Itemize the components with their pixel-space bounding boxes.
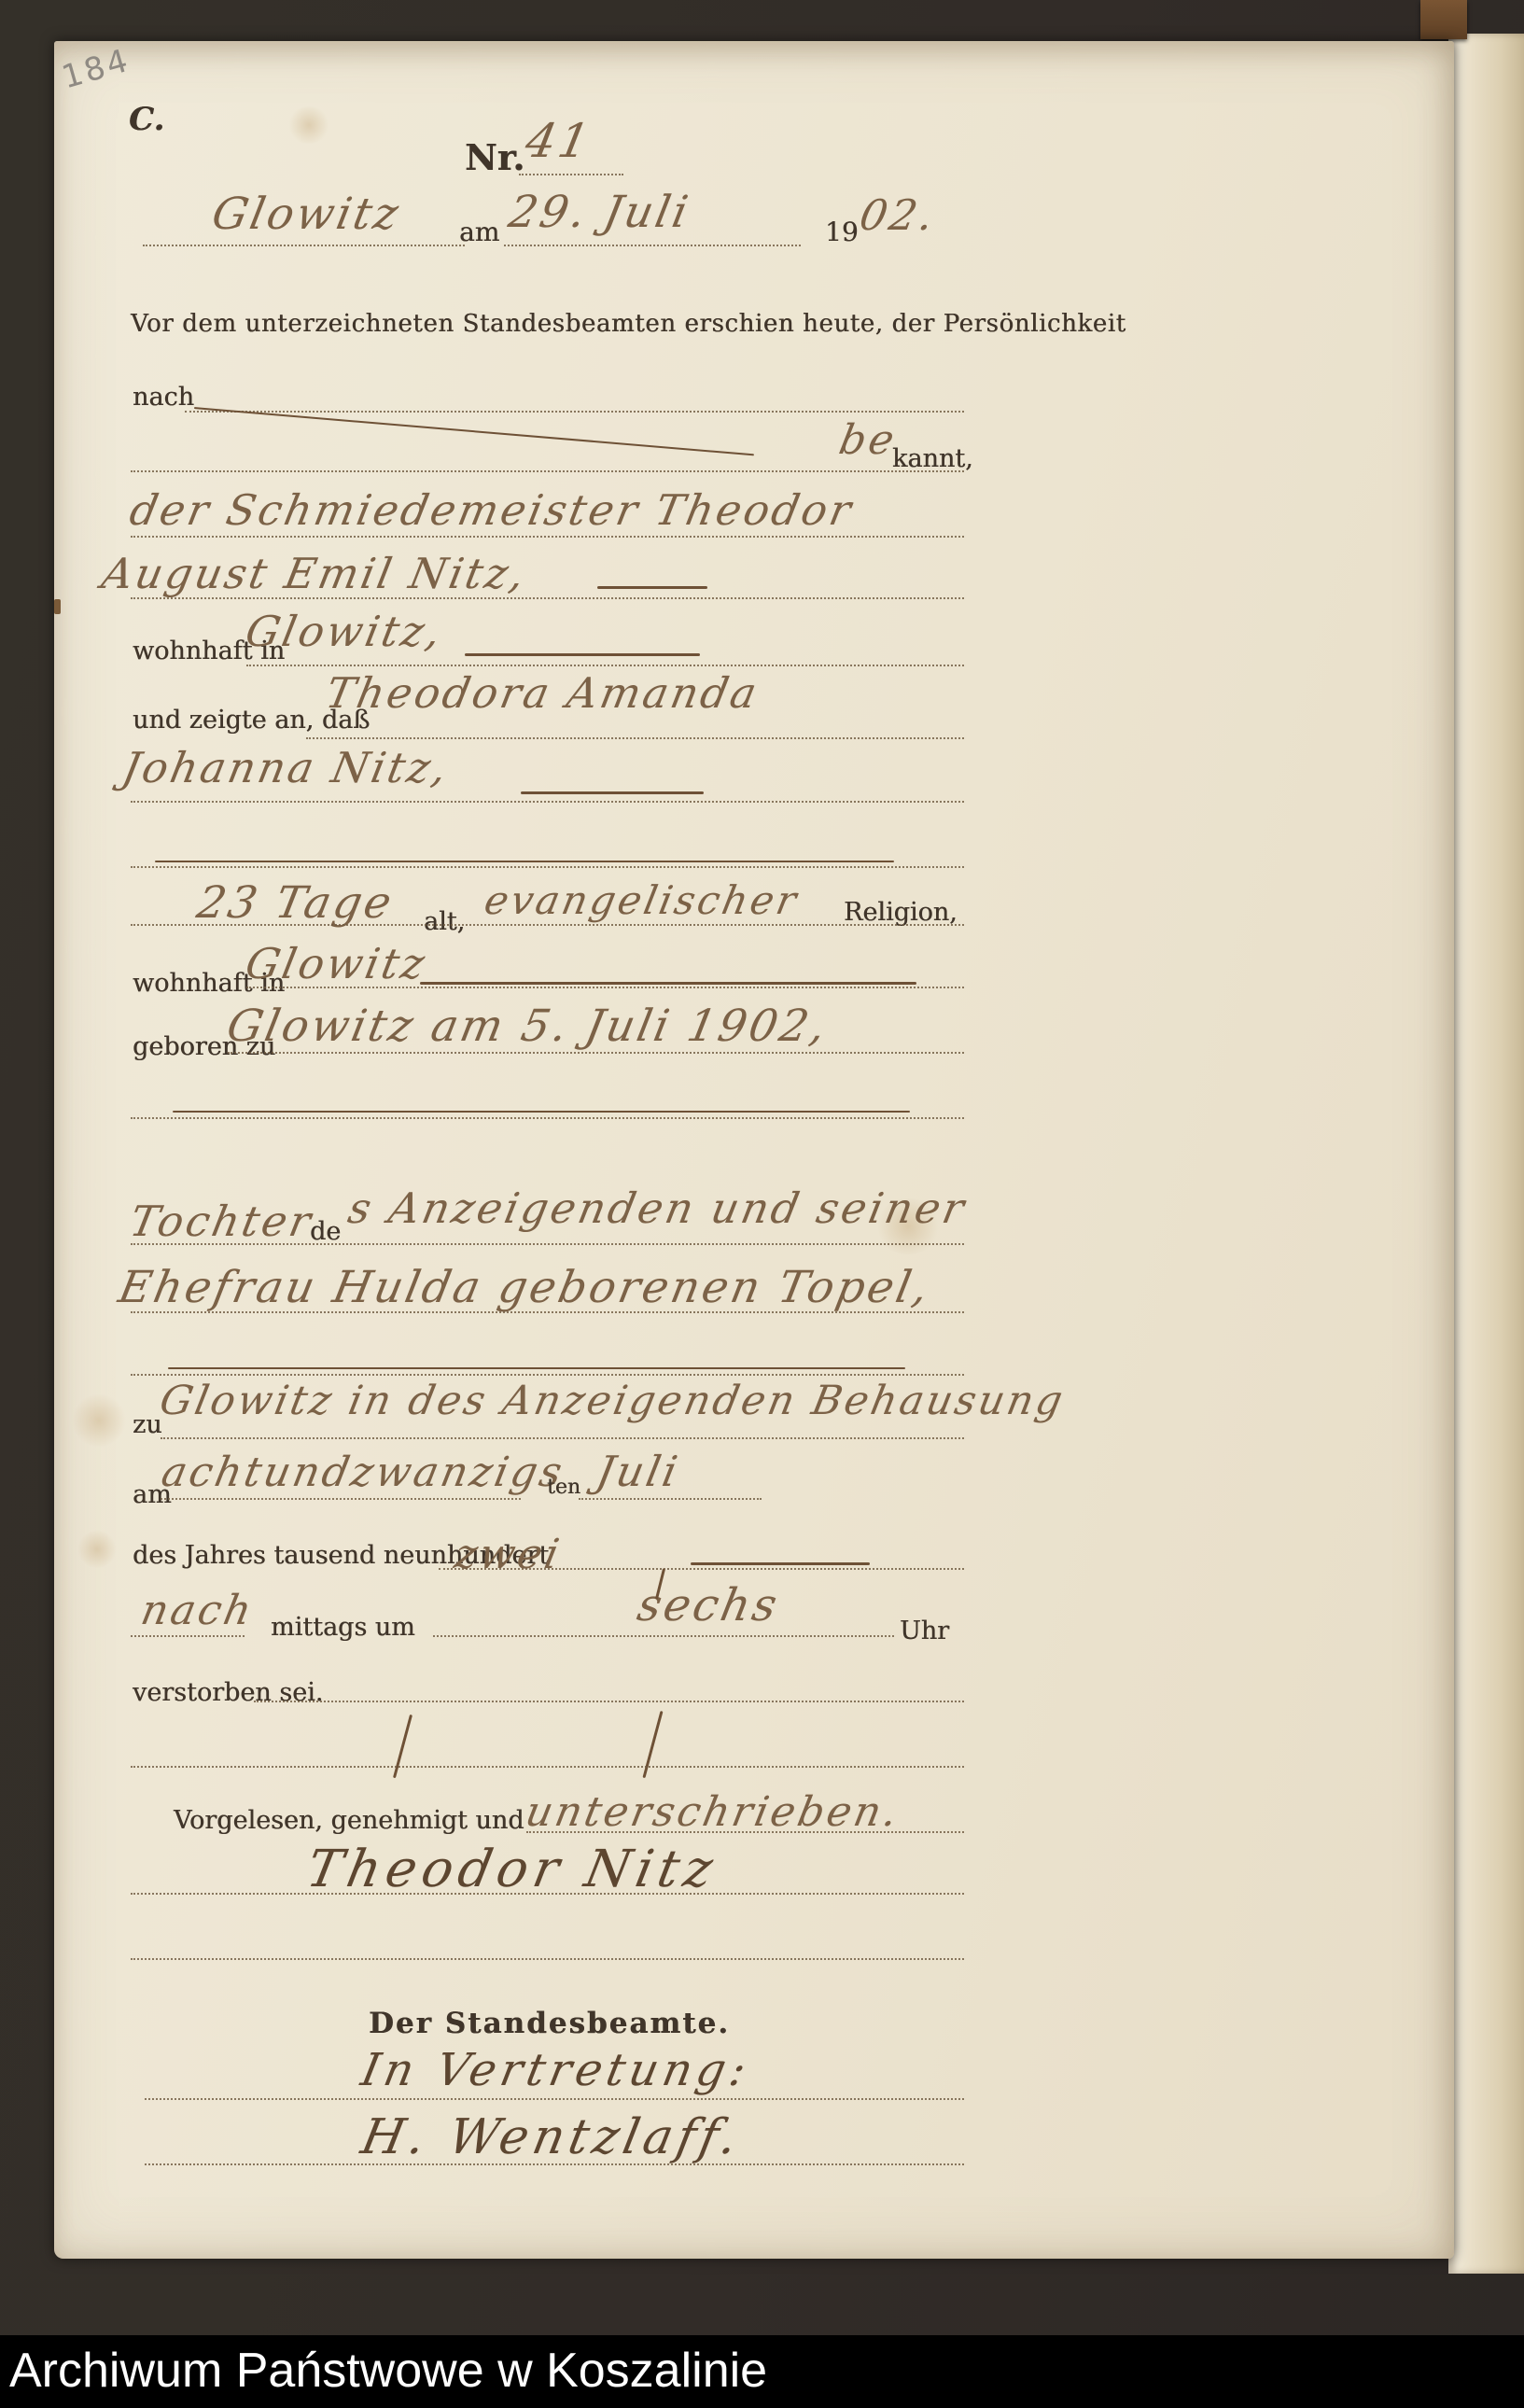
archive-bar-label: Archiwum Państwowe w Koszalinie	[9, 2343, 767, 2399]
hour-script: sechs	[634, 1579, 784, 1631]
dateline-day-month: 29. Juli	[505, 187, 695, 238]
dotted-rule	[504, 245, 801, 246]
slash-mark	[393, 1715, 412, 1778]
vorgelesen-label: Vorgelesen, genehmigt und	[174, 1806, 524, 1835]
dotted-rule	[161, 1498, 521, 1500]
religion-label: Religion,	[844, 898, 958, 927]
be-script: be	[835, 416, 901, 464]
mother-script: Ehefrau Hulda geborenen Topel,	[115, 1262, 935, 1313]
dotted-rule	[228, 1052, 964, 1054]
nach-label: nach	[133, 383, 194, 412]
page-edge-tear	[54, 599, 61, 614]
dotted-rule	[131, 536, 964, 538]
dateline-place: Glowitz	[208, 189, 405, 240]
declarant-residence: Glowitz,	[242, 607, 448, 656]
dotted-rule	[131, 866, 964, 868]
slash-mark	[642, 1711, 663, 1778]
registrar-title: Der Standesbeamte.	[369, 2007, 730, 2040]
stain	[287, 106, 330, 144]
age-script: 23 Tage	[193, 877, 398, 929]
document-page: 184 C. Nr. 41 Glowitz am 29. Juli 19 02.…	[54, 41, 1454, 2259]
alt-label: alt,	[424, 907, 465, 936]
dotted-rule	[254, 1701, 964, 1702]
birth-place-date: Glowitz am 5. Juli 1902,	[223, 1001, 832, 1052]
year-script: zwei	[451, 1531, 566, 1578]
dotted-rule	[131, 1311, 964, 1313]
declarant-signature: Theodor Nitz	[302, 1839, 723, 1898]
dotted-rule	[519, 174, 623, 175]
de-label: de	[310, 1217, 341, 1246]
binding-fragment	[1420, 0, 1467, 39]
dotted-rule	[131, 1117, 964, 1119]
dotted-rule	[131, 1374, 964, 1376]
deputy-note: In Vertretung:	[357, 2044, 755, 2096]
pen-stroke	[168, 1367, 905, 1369]
dotted-rule	[131, 924, 964, 926]
dotted-rule	[433, 1635, 894, 1637]
dotted-rule	[246, 665, 964, 666]
death-day: achtundzwanzigs	[158, 1449, 568, 1496]
tochter-script: Tochter	[126, 1197, 317, 1246]
death-place: Glowitz in des Anzeigenden Behausung	[156, 1378, 1069, 1424]
unterschrieben-script: unterschrieben.	[522, 1788, 904, 1836]
dotted-rule	[131, 470, 964, 472]
deceased-name-2: Johanna Nitz,	[119, 743, 454, 792]
archive-bar: Archiwum Państwowe w Koszalinie	[0, 2335, 1524, 2408]
dotted-rule	[579, 1498, 762, 1500]
pencil-number: 184	[58, 42, 134, 97]
pen-stroke	[173, 1111, 910, 1113]
deceased-residence: Glowitz	[242, 939, 431, 988]
dotted-rule	[131, 801, 964, 803]
cancel-stroke	[194, 407, 754, 455]
pen-stroke	[420, 982, 916, 985]
form-letter: C.	[129, 101, 164, 138]
dateline-am-label: am	[459, 217, 499, 247]
ten-label: ten	[547, 1476, 580, 1499]
record-number-label: Nr.	[465, 136, 525, 178]
dotted-rule	[185, 411, 964, 413]
dotted-rule	[526, 1831, 964, 1833]
dotted-rule	[306, 737, 964, 739]
scanned-register-photo: 184 C. Nr. 41 Glowitz am 29. Juli 19 02.…	[0, 0, 1524, 2408]
dotted-rule	[143, 245, 465, 246]
daytime-script: nach	[137, 1587, 258, 1634]
dateline-year-script: 02.	[856, 190, 941, 240]
dotted-rule	[131, 597, 964, 599]
pen-stroke	[597, 586, 707, 589]
pen-stroke	[155, 861, 894, 862]
dotted-rule	[439, 1568, 964, 1570]
religion-script: evangelischer	[481, 877, 803, 923]
pen-stroke	[465, 653, 700, 656]
intro-line: Vor dem unterzeichneten Standesbeamten e…	[131, 310, 1126, 338]
deceased-name-1: Theodora Amanda	[322, 668, 763, 718]
declarant-occupation: der Schmiedemeister Theodor	[126, 485, 858, 535]
dateline-year-printed: 19	[825, 217, 859, 247]
death-month: Juli	[593, 1447, 684, 1496]
dotted-rule	[145, 2163, 964, 2165]
pen-stroke	[691, 1562, 870, 1565]
uhr-label: Uhr	[900, 1617, 949, 1645]
dotted-rule	[131, 1635, 245, 1637]
dotted-rule	[145, 2098, 964, 2100]
parents-script: s Anzeigenden und seiner	[344, 1183, 971, 1233]
dotted-rule	[161, 1437, 964, 1439]
kannt-label: kannt,	[892, 444, 973, 473]
declarant-name: August Emil Nitz,	[98, 549, 532, 598]
dotted-rule	[131, 1766, 964, 1768]
book-page-edge-strip	[1448, 34, 1524, 2274]
dotted-rule	[246, 987, 964, 988]
pen-stroke	[521, 791, 704, 794]
dotted-rule	[131, 1243, 964, 1245]
stain	[77, 1531, 118, 1568]
dotted-rule	[131, 1958, 964, 1960]
verstorben-label: verstorben sei.	[133, 1678, 323, 1707]
dotted-rule	[131, 1893, 964, 1895]
stain	[71, 1394, 127, 1447]
registrar-signature: H. Wentzlaff.	[357, 2109, 747, 2165]
mittags-label: mittags um	[271, 1613, 415, 1642]
record-number-value: 41	[521, 114, 596, 168]
